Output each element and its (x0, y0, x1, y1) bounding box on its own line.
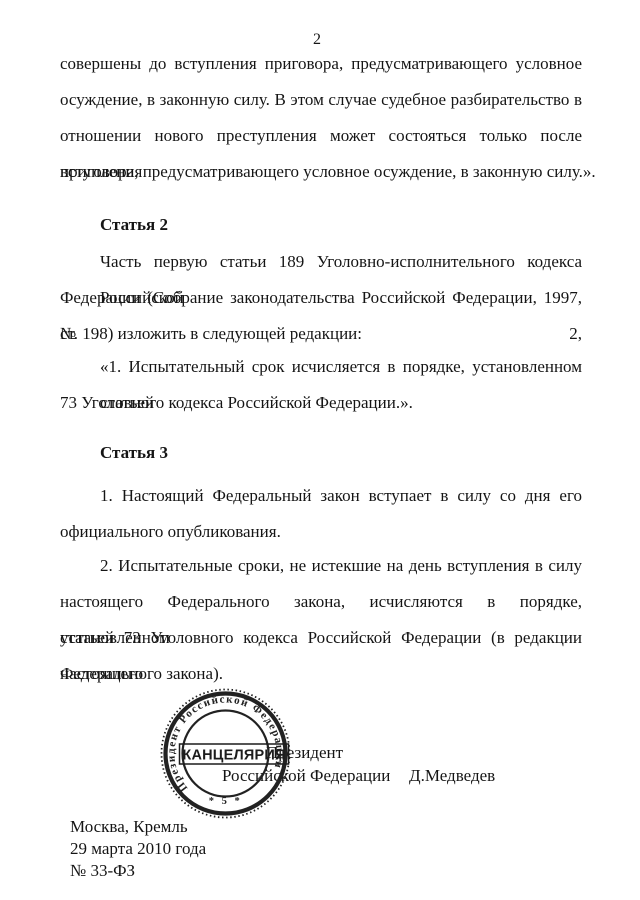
article-3-paragraph-2: 2. Испытательные сроки, не истекшие на д… (60, 548, 582, 692)
chancellery-label: КАНЦЕЛЯРИЯ (182, 748, 285, 764)
place-line: Москва, Кремль (70, 816, 206, 838)
text-line: 2. Испытательные сроки, не истекшие на д… (60, 548, 582, 584)
text-line: Федерации (Собрание законодательства Рос… (60, 280, 582, 316)
text-line: отношении нового преступления может сост… (60, 118, 582, 154)
seal-bottom-text: * 5 * (209, 796, 243, 807)
date-line: 29 марта 2010 года (70, 838, 206, 860)
text-line: Федерального закона). (60, 656, 582, 692)
text-line: настоящего Федерального закона, исчисляю… (60, 584, 582, 620)
text-line: «1. Испытательный срок исчисляется в пор… (60, 349, 582, 385)
document-page: 2 совершены до вступления приговора, пре… (0, 0, 640, 900)
article-2-paragraph-1: Часть первую статьи 189 Уголовно-исполни… (60, 244, 582, 352)
paragraph-continuation: совершены до вступления приговора, преду… (60, 46, 582, 190)
text-line: официального опубликования. (60, 514, 582, 550)
stamp-graphic: Президент Российской Федерации * 5 * КАН… (155, 683, 296, 824)
text-line: приговора, предусматривающего условное о… (60, 154, 582, 190)
article-3-paragraph-1: 1. Настоящий Федеральный закон вступает … (60, 478, 582, 550)
article-3-heading: Статья 3 (100, 441, 168, 465)
article-2-heading: Статья 2 (100, 213, 168, 237)
article-2-paragraph-2: «1. Испытательный срок исчисляется в пор… (60, 349, 582, 421)
place-date-block: Москва, Кремль 29 марта 2010 года № 33-Ф… (70, 816, 206, 882)
law-number-line: № 33-ФЗ (70, 860, 206, 882)
text-line: 73 Уголовного кодекса Российской Федерац… (60, 385, 582, 421)
text-line: Часть первую статьи 189 Уголовно-исполни… (60, 244, 582, 280)
round-stamp-icon: Президент Российской Федерации * 5 * КАН… (155, 683, 296, 824)
text-line: 1. Настоящий Федеральный закон вступает … (60, 478, 582, 514)
text-line: осуждение, в законную силу. В этом случа… (60, 82, 582, 118)
text-line: статьей 73 Уголовного кодекса Российской… (60, 620, 582, 656)
signature-block: Президент Российской Федерации Д.Медведе… (0, 742, 640, 802)
signature-name: Д.Медведев (409, 765, 495, 787)
text-line: совершены до вступления приговора, преду… (60, 46, 582, 82)
